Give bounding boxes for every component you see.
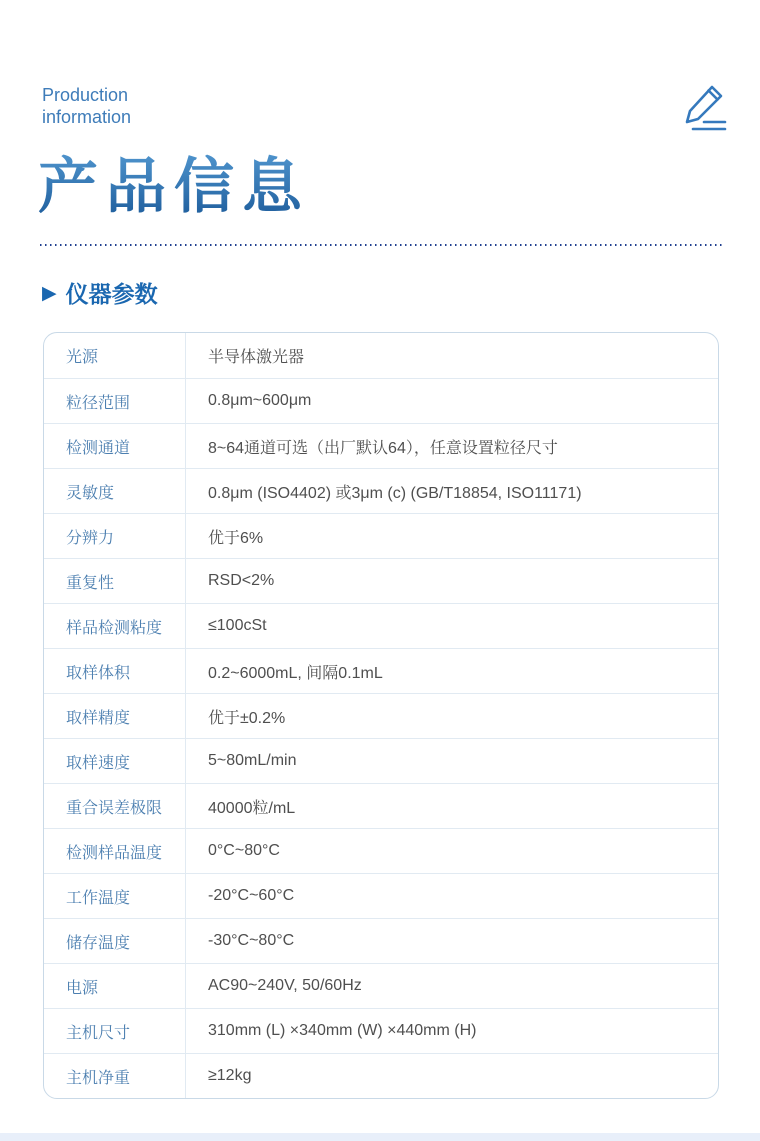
table-row: 检测通道 8~64通道可选（出厂默认64），任意设置粒径尺寸: [44, 423, 718, 468]
spec-label: 检测通道: [44, 424, 186, 468]
spec-value: 0.2~6000mL, 间隔0.1mL: [186, 649, 718, 693]
spec-value: AC90~240V, 50/60Hz: [186, 964, 718, 1008]
spec-label: 取样体积: [44, 649, 186, 693]
spec-label: 粒径范围: [44, 379, 186, 423]
spec-value: 0.8μm~600μm: [186, 379, 718, 423]
spec-label: 电源: [44, 964, 186, 1008]
table-row: 粒径范围 0.8μm~600μm: [44, 378, 718, 423]
spec-value: RSD<2%: [186, 559, 718, 603]
table-row: 取样精度 优于±0.2%: [44, 693, 718, 738]
spec-value: ≤100cSt: [186, 604, 718, 648]
spec-label: 重复性: [44, 559, 186, 603]
spec-label: 取样精度: [44, 694, 186, 738]
spec-value: 半导体激光器: [186, 333, 718, 378]
spec-label: 主机尺寸: [44, 1009, 186, 1053]
spec-value: 40000粒/mL: [186, 784, 718, 828]
eyebrow-line-2: information: [42, 106, 131, 128]
page-title: 产品信息: [38, 154, 760, 220]
spec-value: 8~64通道可选（出厂默认64），任意设置粒径尺寸: [186, 424, 718, 468]
section-title: 仪器参数: [66, 276, 158, 309]
spec-label: 取样速度: [44, 739, 186, 783]
table-row: 灵敏度 0.8μm (ISO4402) 或3μm (c) (GB/T18854,…: [44, 468, 718, 513]
spec-value: 5~80mL/min: [186, 739, 718, 783]
spec-label: 重合误差极限: [44, 784, 186, 828]
triangle-right-icon: ▶: [42, 284, 57, 303]
spec-value: 0°C~80°C: [186, 829, 718, 873]
table-row: 光源 半导体激光器: [44, 333, 718, 378]
table-row: 取样速度 5~80mL/min: [44, 738, 718, 783]
table-row: 工作温度 -20°C~60°C: [44, 873, 718, 918]
spec-value: -30°C~80°C: [186, 919, 718, 963]
table-row: 检测样品温度 0°C~80°C: [44, 828, 718, 873]
spec-value: -20°C~60°C: [186, 874, 718, 918]
table-row: 主机净重 ≥12kg: [44, 1053, 718, 1098]
spec-value: 310mm (L) ×340mm (W) ×440mm (H): [186, 1009, 718, 1053]
table-row: 储存温度 -30°C~80°C: [44, 918, 718, 963]
product-info-page: Production information 产品信息 ▶ 仪器参数 光源 半导…: [0, 0, 760, 1141]
table-row: 分辨力 优于6%: [44, 513, 718, 558]
spec-label: 检测样品温度: [44, 829, 186, 873]
spec-value: ≥12kg: [186, 1054, 718, 1098]
spec-label: 光源: [44, 333, 186, 378]
section-heading: ▶ 仪器参数: [42, 276, 760, 309]
spec-label: 样品检测粘度: [44, 604, 186, 648]
table-row: 取样体积 0.2~6000mL, 间隔0.1mL: [44, 648, 718, 693]
table-row: 样品检测粘度 ≤100cSt: [44, 603, 718, 648]
page-header: Production information: [0, 0, 760, 138]
spec-value: 0.8μm (ISO4402) 或3μm (c) (GB/T18854, ISO…: [186, 469, 718, 513]
pencil-edit-icon: [678, 82, 728, 138]
dotted-divider: [40, 244, 722, 246]
spec-table: 光源 半导体激光器 粒径范围 0.8μm~600μm 检测通道 8~64通道可选…: [43, 332, 719, 1099]
eyebrow-text: Production information: [42, 84, 131, 128]
table-row: 重合误差极限 40000粒/mL: [44, 783, 718, 828]
eyebrow-line-1: Production: [42, 84, 131, 106]
table-row: 电源 AC90~240V, 50/60Hz: [44, 963, 718, 1008]
spec-label: 分辨力: [44, 514, 186, 558]
spec-value: 优于6%: [186, 514, 718, 558]
spec-label: 工作温度: [44, 874, 186, 918]
table-row: 主机尺寸 310mm (L) ×340mm (W) ×440mm (H): [44, 1008, 718, 1053]
spec-label: 主机净重: [44, 1054, 186, 1098]
table-row: 重复性 RSD<2%: [44, 558, 718, 603]
footer-strip: [0, 1133, 760, 1141]
spec-value: 优于±0.2%: [186, 694, 718, 738]
spec-label: 灵敏度: [44, 469, 186, 513]
spec-label: 储存温度: [44, 919, 186, 963]
